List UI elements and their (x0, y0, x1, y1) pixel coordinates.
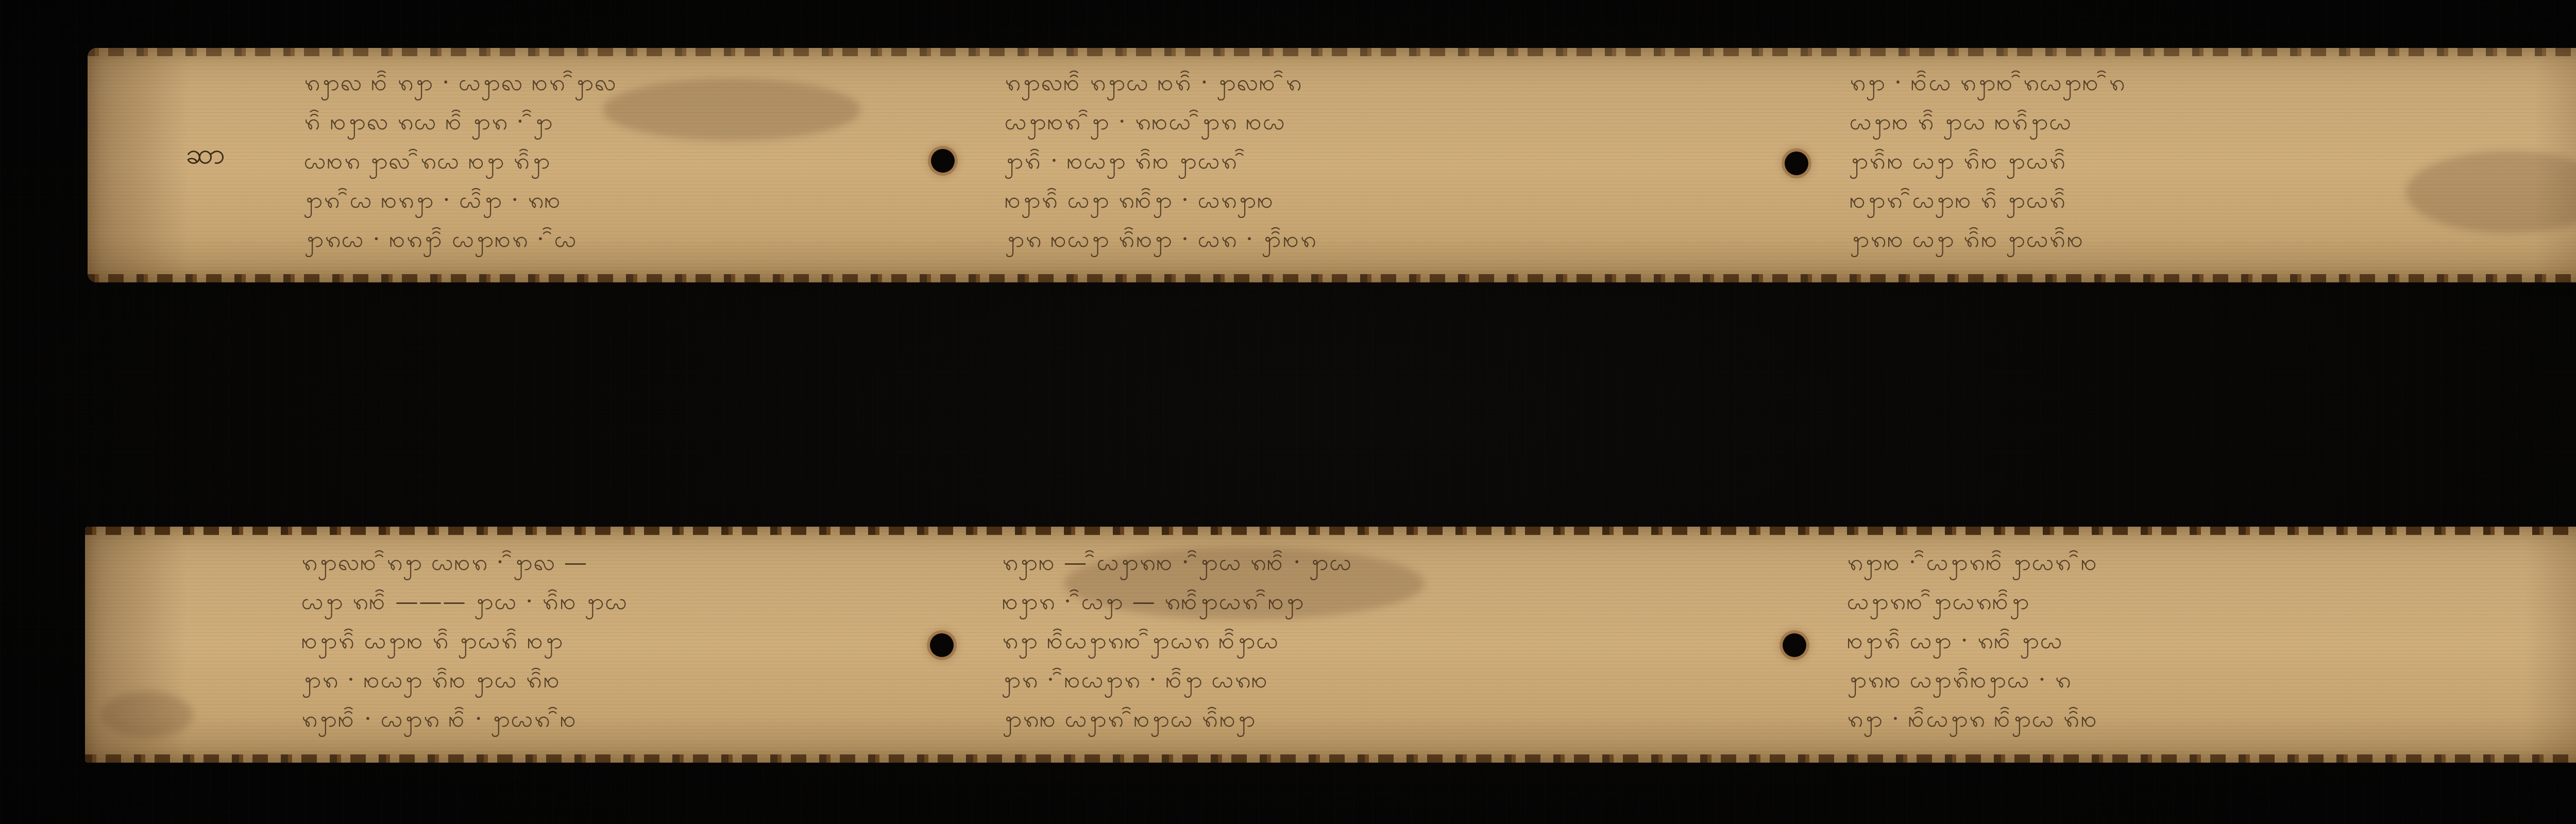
script-line: ꩫꩭꩮꩯꩰ ꩫꩭꩬ ꩯꩫꩰ · ꩭꩮꩯ ꩰꩫ (1005, 63, 1777, 103)
leaf-edge-damage-bottom (85, 754, 2576, 763)
script-line: ꩬꩭꩯ ꩫꩰ ꩭꩬ ꩯꩫꩰꩭꩬ (1850, 103, 2468, 142)
script-line: ꩰꩭꩫꩯ ꩬꩭꩫ ꩰꩯꩭꩬ ꩫꩰꩯꩭ (1002, 700, 1775, 739)
text-column-2: ꩫꩭꩯ — ꩰꩬꩭꩫꩯ · ꩰꩭꩬ ꩫꩯꩰ · ꩭꩬ ꩯꩭꩫ · ꩰꩬꩭ — ꩫ… (1002, 543, 1775, 739)
script-line: ꩯꩭꩫꩰ ꩬꩭ ꩫꩯꩰꩭ · ꩬꩫꩭꩯ (1005, 181, 1777, 220)
string-hole-left (930, 633, 954, 657)
script-line: ꩯꩭꩫꩰ ꩬꩭꩯ ꩫꩰ ꩭꩬꩫꩰ ꩯꩭ (301, 621, 945, 661)
script-line: ꩰꩭꩫ · ꩯꩬꩭ ꩫꩰꩯ ꩭꩬ ꩫꩰꩯ (301, 661, 945, 700)
script-line: ꩫꩭ ꩯꩰꩬꩭꩫꩯ ꩰꩭꩬꩫ ꩯꩰꩭꩬ (1002, 621, 1775, 661)
script-line: ꩫꩭꩯꩰ · ꩬꩭꩫ ꩯꩰ · ꩭꩬꩫ ꩰꩯ (301, 700, 945, 739)
script-line: ꩬꩭꩫꩯ ꩰꩭꩬꩫꩯꩰꩭ (1847, 582, 2439, 621)
script-line: ꩰꩭꩫꩯ ꩬꩭꩫꩰꩯꩭꩬ · ꩫ (1847, 661, 2439, 700)
script-line: ꩰꩭꩫꩯ ꩬꩭ ꩫꩰꩯ ꩭꩬꩫꩰꩯ (1850, 220, 2468, 259)
script-line: ꩰꩭꩫꩬ · ꩯꩫꩭꩰ ꩬꩭꩯꩫ · ꩰꩬ (304, 220, 922, 259)
script-line: ꩫꩭꩯ — ꩰꩬꩭꩫꩯ · ꩰꩭꩬ ꩫꩯꩰ · ꩭꩬ (1002, 543, 1775, 582)
script-line: ꩫꩰ ꩯꩭꩮ ꩫꩬ ꩯꩰ ꩭꩫ · ꩰꩭ (304, 103, 922, 142)
palm-leaf-top: ဆာ ꩫꩭꩮ ꩯꩰ ꩫꩭ · ꩬꩭꩮ ꩯꩫ ꩰꩭꩮ ꩫꩰ ꩯꩭꩮ ꩫꩬ ꩯꩰ ꩭ… (88, 48, 2576, 282)
script-line: ꩯꩭꩫꩰ ꩬꩭ · ꩫꩯꩰ ꩭꩬ (1847, 621, 2439, 661)
script-line: ꩭꩫ · ꩰꩯꩬꩭꩫ · ꩯꩰꩭ ꩬꩫꩯ (1002, 661, 1775, 700)
script-line: ꩬꩭꩯꩫ ꩰꩭ · ꩫꩯꩬ ꩰꩭꩫ ꩯꩬ (1005, 103, 1777, 142)
script-line: ꩫꩭ · ꩯꩰꩬ ꩫꩭꩯ ꩰꩫꩬꩭꩯ ꩰꩫ (1850, 63, 2468, 103)
script-line: ꩫꩭꩯ · ꩰꩬꩭꩫꩯꩰ ꩭꩬꩫ ꩰꩯ (1847, 543, 2439, 582)
stain (100, 692, 193, 738)
script-line: ꩯꩭꩫ · ꩰꩬꩭ — ꩫꩯꩰꩭꩬꩫ ꩰꩯꩭ (1002, 582, 1775, 621)
script-line: ꩰꩭꩫ ꩯꩬꩭ ꩫꩰꩯꩭ · ꩬꩫ · ꩭꩰꩯꩫ (1005, 220, 1777, 259)
text-column-1: ꩫꩭꩮꩯ ꩰꩫꩭ ꩬꩯꩫ · ꩰꩭꩮ — ꩬꩭ ꩫꩯꩰ ——— ꩭꩬ · ꩫꩰꩯ… (301, 543, 945, 739)
leaf-number: ဆာ (185, 136, 225, 178)
text-column-3: ꩫꩭ · ꩯꩰꩬ ꩫꩭꩯ ꩰꩫꩬꩭꩯ ꩰꩫ ꩬꩭꩯ ꩫꩰ ꩭꩬ ꩯꩫꩰꩭꩬ ꩭꩫ… (1850, 63, 2468, 259)
script-line: ꩭꩫꩰꩯ ꩬꩭ ꩫꩰꩯ ꩭꩬꩫꩰ (1850, 142, 2468, 181)
script-line: ꩫꩭꩮꩯ ꩰꩫꩭ ꩬꩯꩫ · ꩰꩭꩮ — (301, 543, 945, 582)
script-line: ꩫꩭ · ꩯꩰꩬꩭꩫ ꩯꩰꩭꩬ ꩫꩰꩯ (1847, 700, 2439, 739)
script-line: ꩯꩭꩫ ꩰꩬꩭꩯ ꩫꩰ ꩭꩬꩫꩰ (1850, 181, 2468, 220)
script-line: ꩫꩭꩮ ꩯꩰ ꩫꩭ · ꩬꩭꩮ ꩯꩫ ꩰꩭꩮ (304, 63, 922, 103)
script-line: ꩬꩭ ꩫꩯꩰ ——— ꩭꩬ · ꩫꩰꩯ ꩭꩬ (301, 582, 945, 621)
leaf-edge-damage-top (85, 527, 2576, 535)
script-line: ꩭꩫ ꩰꩬ ꩯꩫꩭ · ꩬꩰꩭ · ꩫꩯ (304, 181, 922, 220)
script-line: ꩭꩫꩰ · ꩯꩬꩭ ꩫꩰꩯ ꩭꩬꩫ ꩰ (1005, 142, 1777, 181)
leaf-edge-damage-top (88, 48, 2576, 56)
script-line: ꩬꩯꩫ ꩭꩮ ꩰꩫꩬ ꩯꩭ ꩫꩰꩭ (304, 142, 922, 181)
string-hole-right (1783, 633, 1806, 657)
palm-leaf-bottom: ꩫꩭꩮꩯ ꩰꩫꩭ ꩬꩯꩫ · ꩰꩭꩮ — ꩬꩭ ꩫꩯꩰ ——— ꩭꩬ · ꩫꩰꩯ… (85, 527, 2576, 763)
text-column-2: ꩫꩭꩮꩯꩰ ꩫꩭꩬ ꩯꩫꩰ · ꩭꩮꩯ ꩰꩫ ꩬꩭꩯꩫ ꩰꩭ · ꩫꩯꩬ ꩰꩭꩫ… (1005, 63, 1777, 259)
string-hole-left (931, 149, 955, 173)
string-hole-right (1785, 152, 1808, 175)
text-column-1: ꩫꩭꩮ ꩯꩰ ꩫꩭ · ꩬꩭꩮ ꩯꩫ ꩰꩭꩮ ꩫꩰ ꩯꩭꩮ ꩫꩬ ꩯꩰ ꩭꩫ ·… (304, 63, 922, 259)
text-column-3: ꩫꩭꩯ · ꩰꩬꩭꩫꩯꩰ ꩭꩬꩫ ꩰꩯ ꩬꩭꩫꩯ ꩰꩭꩬꩫꩯꩰꩭ ꩯꩭꩫꩰ ꩬꩭ… (1847, 543, 2439, 739)
leaf-edge-damage-bottom (88, 274, 2576, 282)
